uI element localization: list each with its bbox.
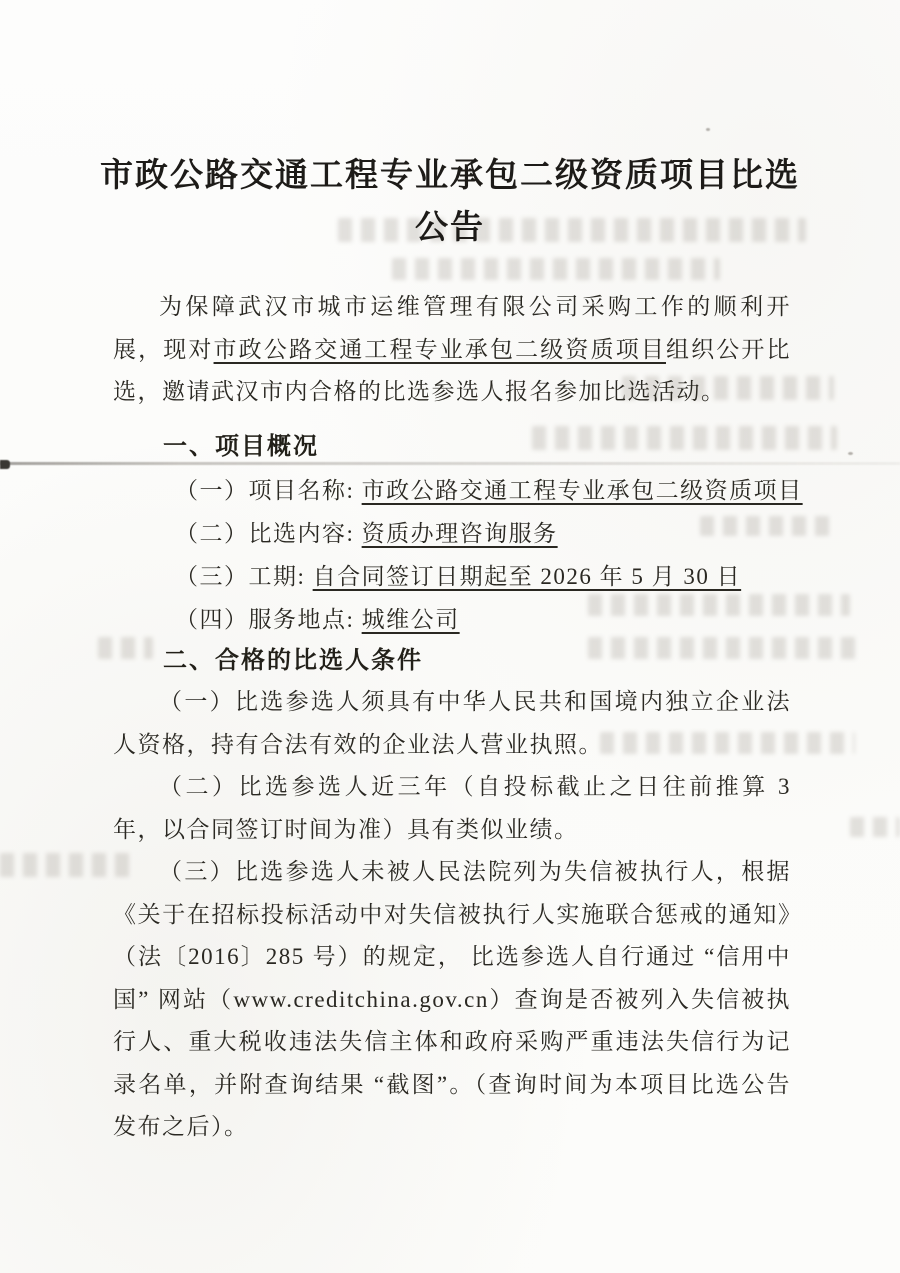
condition-paragraph-2: （二）比选参选人近三年（自投标截止之日往前推算 3 年，以合同签订时间为准）具有…: [113, 766, 791, 851]
item-duration: （三）工期: 自合同签订日期起至 2026 年 5 月 30 日: [175, 555, 815, 598]
section1-item-list: （一）项目名称: 市政公路交通工程专业承包二级资质项目 （二）比选内容: 资质办…: [175, 469, 815, 641]
item-service-location-value: 城维公司: [362, 607, 460, 632]
intro-paragraph: 为保障武汉市城市运维管理有限公司采购工作的顺利开展，现对市政公路交通工程专业承包…: [113, 286, 791, 414]
bleed-through-text: [392, 258, 720, 280]
scan-crease-line: [0, 462, 900, 465]
item-duration-value: 自合同签订日期起至 2026 年 5 月 30 日: [313, 564, 742, 589]
condition-paragraph-3: （三）比选参选人未被人民法院列为失信被执行人，根据《关于在招标投标活动中对失信被…: [113, 851, 791, 1149]
section2-heading: 二、合格的比选人条件: [163, 640, 423, 675]
document-title-line1: 市政公路交通工程专业承包二级资质项目比选: [100, 158, 800, 194]
section1-heading: 一、项目概况: [163, 426, 319, 461]
bleed-through-text: [532, 426, 837, 450]
document-title-line2: 公告: [415, 210, 485, 246]
document-title: 市政公路交通工程专业承包二级资质项目比选 公告: [70, 150, 830, 254]
item-bixuan-content: （二）比选内容: 资质办理咨询服务: [175, 512, 815, 555]
bleed-through-text: [0, 853, 130, 877]
item-service-location: （四）服务地点: 城维公司: [175, 598, 815, 641]
scan-speck: [848, 452, 853, 455]
intro-project-name-underlined: 市政公路交通工程专业承包二级资质项目: [214, 337, 666, 362]
bleed-through-text: [850, 817, 900, 837]
item-bixuan-content-label: （二）比选内容:: [175, 521, 362, 546]
item-service-location-label: （四）服务地点:: [175, 607, 362, 632]
item-project-name: （一）项目名称: 市政公路交通工程专业承包二级资质项目: [175, 469, 815, 512]
scan-crease-mark: [0, 460, 10, 469]
item-duration-label: （三）工期:: [175, 564, 313, 589]
item-project-name-value: 市政公路交通工程专业承包二级资质项目: [362, 478, 803, 503]
scan-speck: [706, 128, 710, 131]
item-project-name-label: （一）项目名称:: [175, 478, 362, 503]
condition-paragraph-1: （一）比选参选人须具有中华人民共和国境内独立企业法人资格，持有合法有效的企业法人…: [113, 681, 791, 766]
item-bixuan-content-value: 资质办理咨询服务: [362, 521, 558, 546]
scanned-document-page: 市政公路交通工程专业承包二级资质项目比选 公告 为保障武汉市城市运维管理有限公司…: [0, 0, 900, 1273]
bleed-through-text: [98, 637, 153, 659]
